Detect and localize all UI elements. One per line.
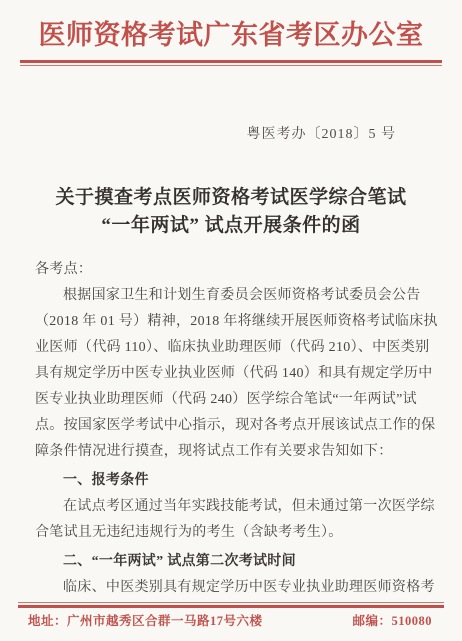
body-line: 根据国家卫生和计划生育委员会医师资格考试委员会公告 [35,283,432,309]
footer-divider-thick-line [18,605,444,608]
body-line: （2018 年 01 号）精神，2018 年将继续开展医师资格考试临床执 [35,309,432,335]
letterhead-divider-thin-line [20,65,442,66]
footer-address: 地址：广州市越秀区合群一马路17号六楼 [28,613,263,629]
footer-postcode-value: 510080 [392,614,433,628]
footer-postcode: 邮编：510080 [352,613,432,629]
salutation: 各考点： [35,257,432,283]
letterhead-divider [20,60,442,66]
body-line: 障条件情况进行摸查，现将试点工作有关要求告知如下： [35,439,432,465]
letter-body: 各考点： 根据国家卫生和计划生育委员会医师资格考试委员会公告 （2018 年 0… [0,257,462,601]
document-title-line-1: 关于摸查考点医师资格考试医学综合笔试 [0,184,462,212]
official-letter-page: 医师资格考试广东省考区办公室 粤医考办〔2018〕5 号 关于摸查考点医师资格考… [0,0,462,641]
document-number: 粤医考办〔2018〕5 号 [0,126,462,144]
document-title: 关于摸查考点医师资格考试医学综合笔试 “一年两试” 试点开展条件的函 [0,184,462,240]
letterhead-org-title: 医师资格考试广东省考区办公室 [0,17,462,53]
body-line: 临床、中医类别具有规定学历中医专业执业助理医师资格考 [35,575,432,601]
section-heading-1: 一、报考条件 [35,468,432,494]
body-line: 合笔试且无违纪违规行为的考生（含缺考考生）。 [35,520,432,546]
body-line: 业医师（代码 110）、临床执业助理医师（代码 210）、中医类别 [35,335,432,361]
body-line: 具有规定学历中医专业执业医师（代码 140）和具有规定学历中 [35,361,432,387]
page-footer: 地址：广州市越秀区合群一马路17号六楼 邮编：510080 [0,602,462,629]
footer-contact-row: 地址：广州市越秀区合群一马路17号六楼 邮编：510080 [0,613,462,629]
footer-postcode-label: 邮编： [352,614,391,628]
document-title-line-2: “一年两试” 试点开展条件的函 [0,212,462,240]
body-line: 医专业执业助理医师（代码 240）医学综合笔试“一年两试”试 [35,387,432,413]
body-line: 在试点考区通过当年实践技能考试，但未通过第一次医学综 [35,494,432,520]
section-heading-2: 二、“一年两试” 试点第二次考试时间 [35,549,432,575]
body-line: 点。按国家医学考试中心指示，现对各考点开展该试点工作的保 [35,413,432,439]
footer-address-value: 广州市越秀区合群一马路17号六楼 [67,614,263,628]
footer-divider [18,602,444,608]
letterhead: 医师资格考试广东省考区办公室 [0,17,462,66]
footer-address-label: 地址： [28,614,67,628]
